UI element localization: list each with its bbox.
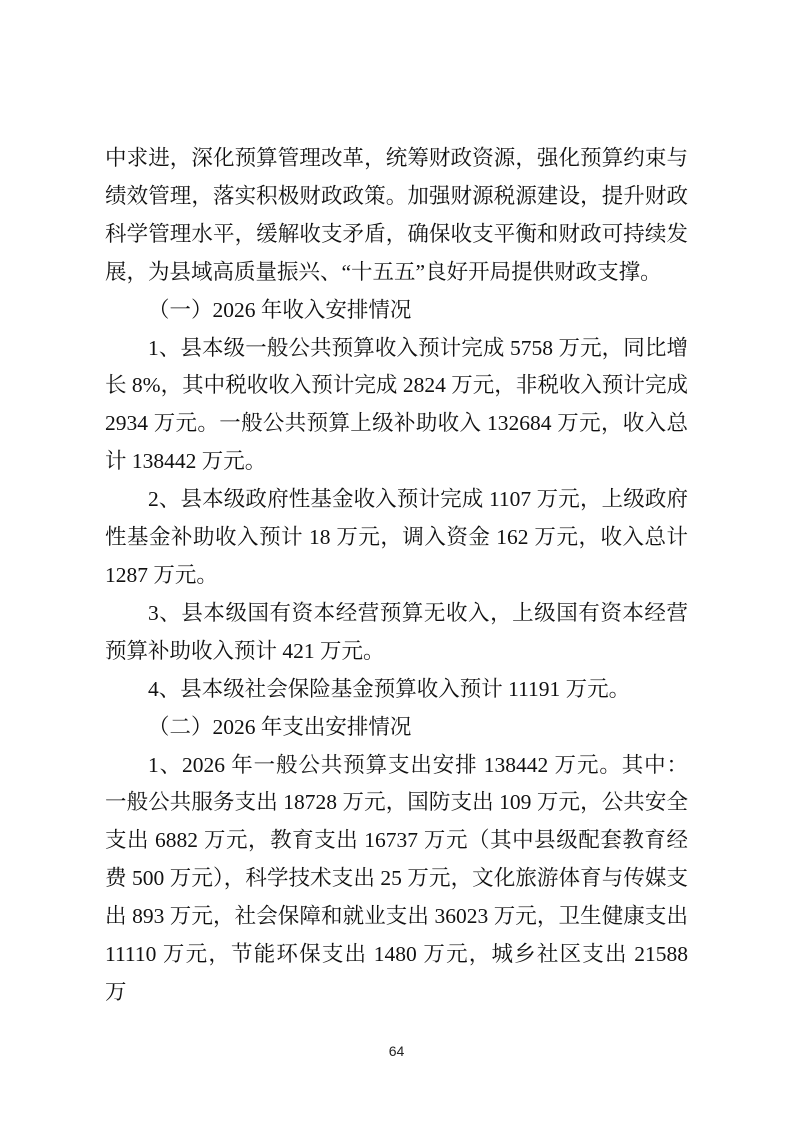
body-paragraph: 中求进，深化预算管理改革，统筹财政资源，强化预算约束与绩效管理，落实积极财政政策… <box>105 140 688 292</box>
body-paragraph: 1、县本级一般公共预算收入预计完成 5758 万元，同比增长 8%，其中税收收入… <box>105 330 688 482</box>
document-body: 中求进，深化预算管理改革，统筹财政资源，强化预算约束与绩效管理，落实积极财政政策… <box>105 140 688 1012</box>
body-paragraph: 3、县本级国有资本经营预算无收入，上级国有资本经营预算补助收入预计 421 万元… <box>105 595 688 671</box>
section-heading: （一）2026 年收入安排情况 <box>105 292 688 330</box>
page-number: 64 <box>0 1042 793 1060</box>
document-page: 中求进，深化预算管理改革，统筹财政资源，强化预算约束与绩效管理，落实积极财政政策… <box>0 0 793 1122</box>
body-paragraph: 2、县本级政府性基金收入预计完成 1107 万元，上级政府性基金补助收入预计 1… <box>105 481 688 595</box>
section-heading: （二）2026 年支出安排情况 <box>105 709 688 747</box>
body-paragraph: 1、2026 年一般公共预算支出安排 138442 万元。其中：一般公共服务支出… <box>105 747 688 1012</box>
body-paragraph: 4、县本级社会保险基金预算收入预计 11191 万元。 <box>105 671 688 709</box>
